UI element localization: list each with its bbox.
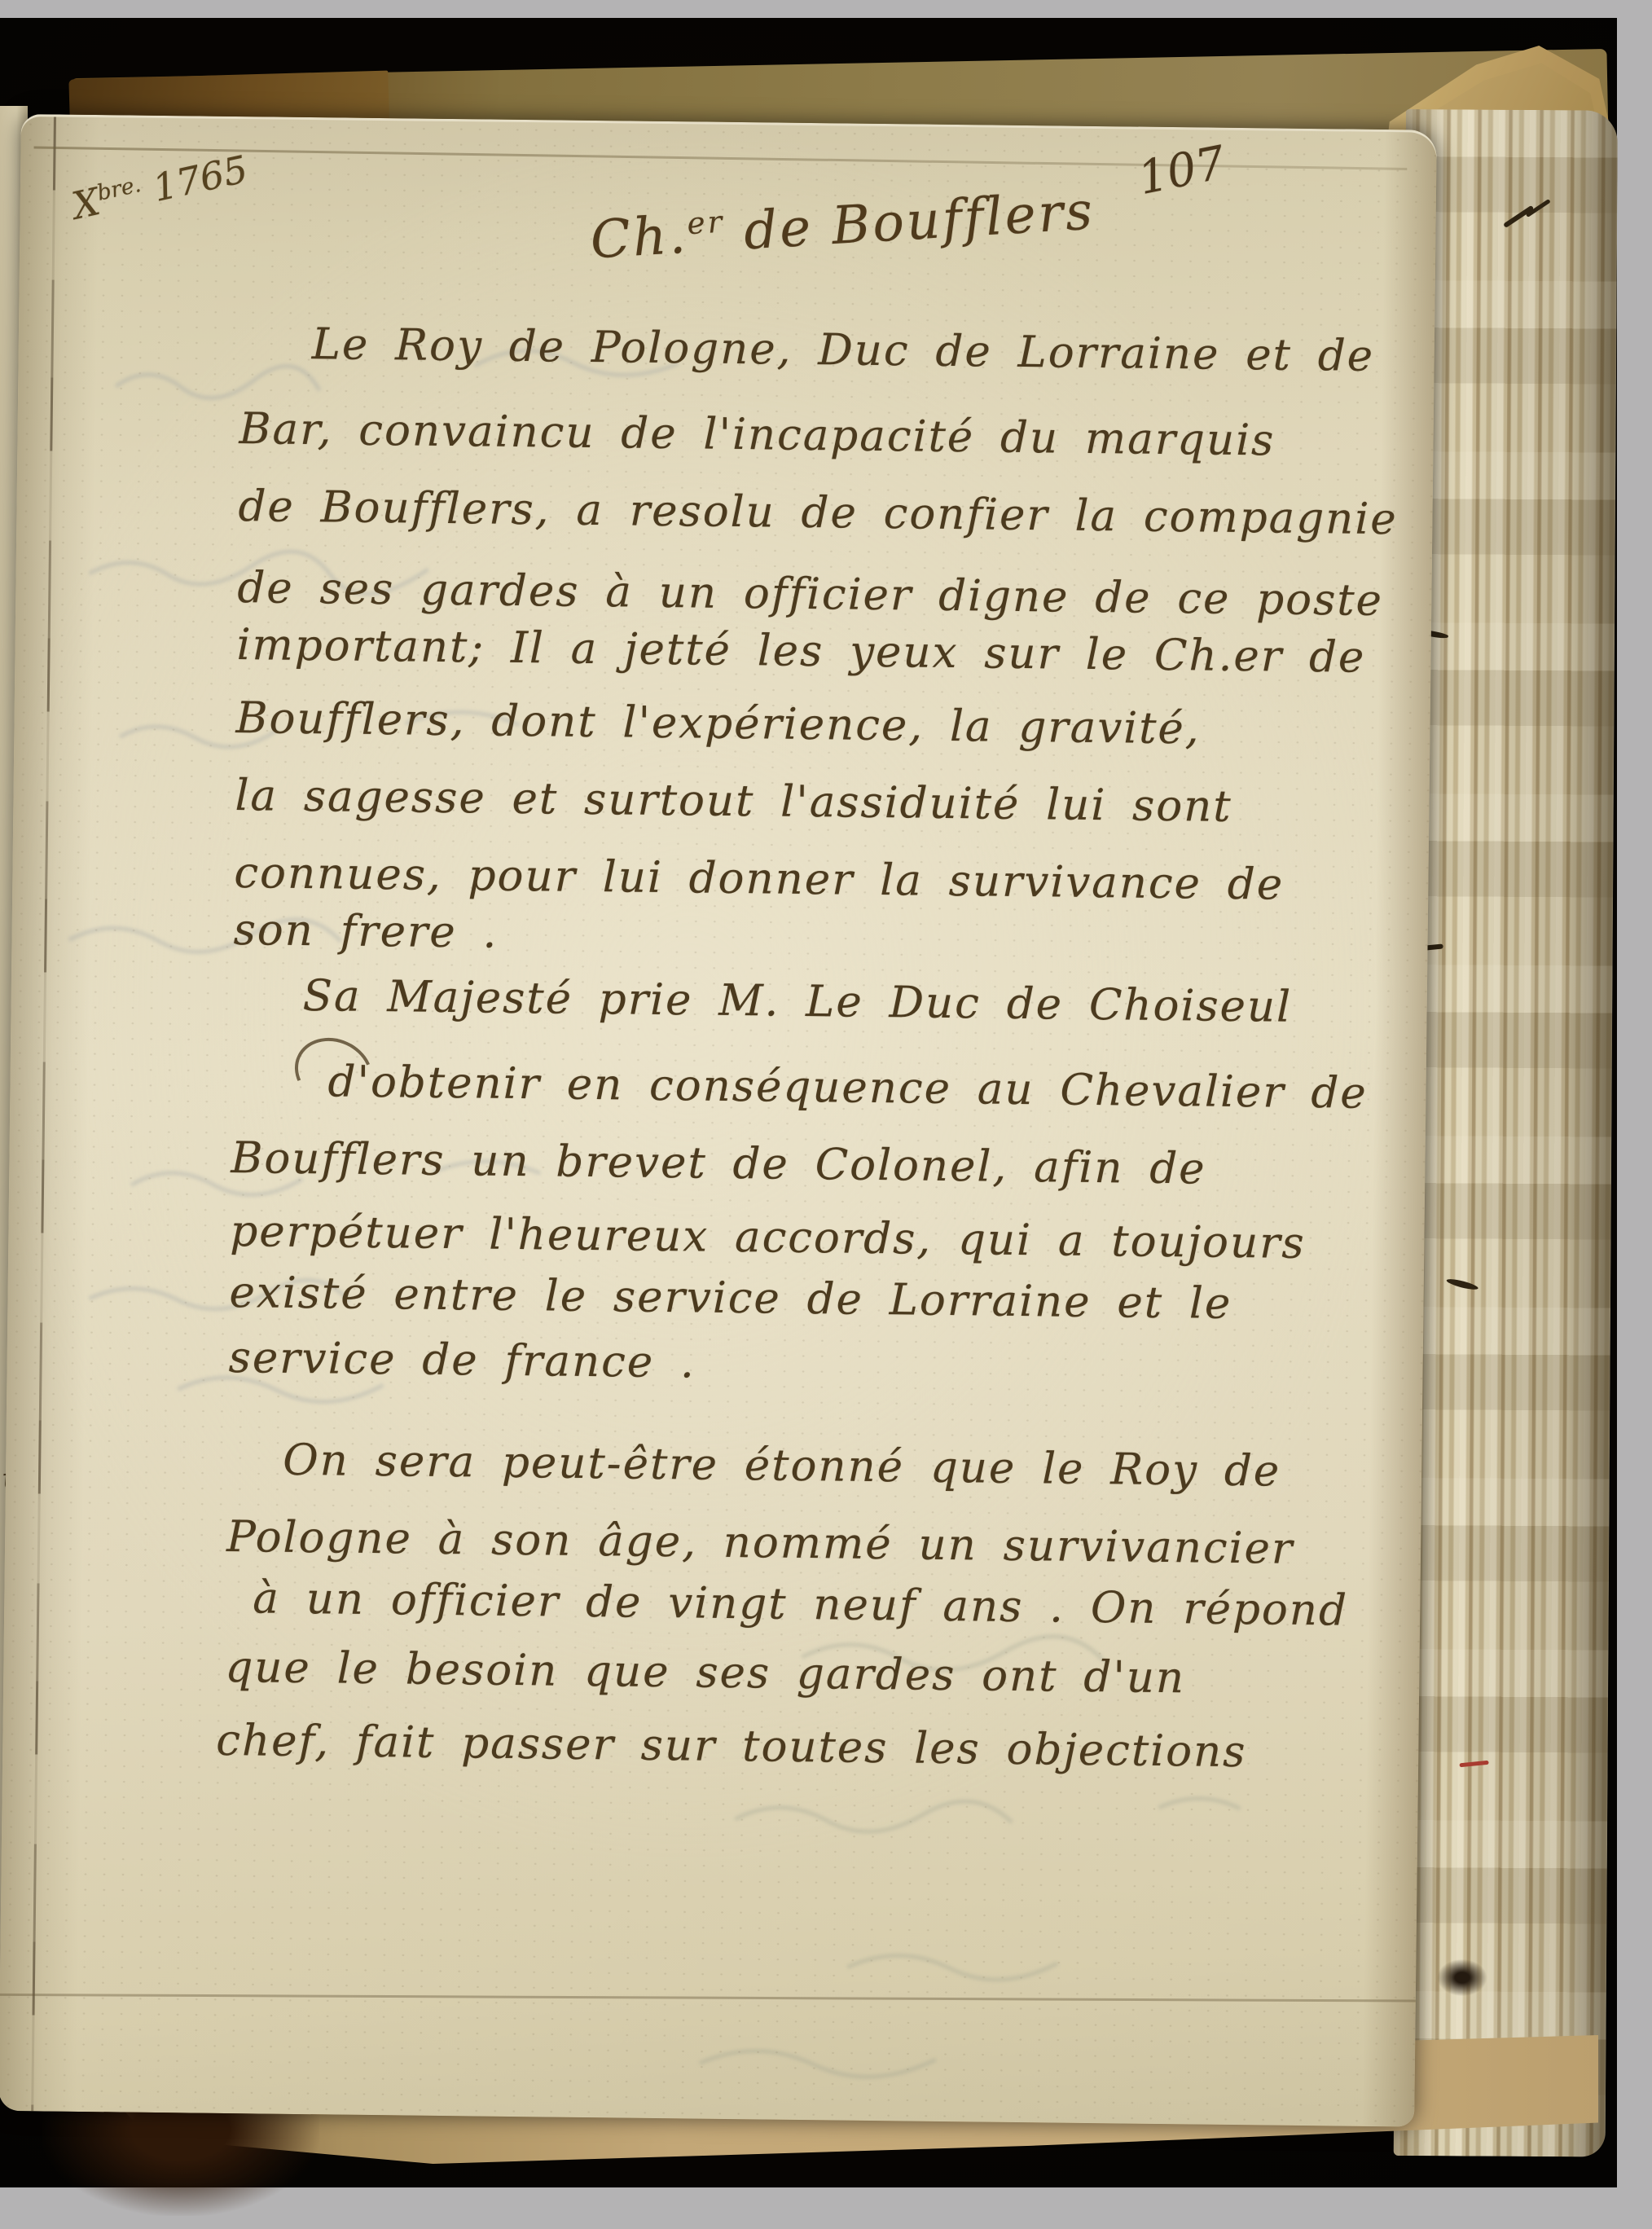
manuscript-line: Sa Majesté prie M. Le Duc de Choiseul xyxy=(302,971,1292,1032)
manuscript-page: Xbre. 1765 Ch.er de Boufflers 107 Le Roy… xyxy=(0,114,1437,2127)
date-year: 1765 xyxy=(138,147,252,213)
photo-black-backdrop: u xyxy=(0,18,1617,2187)
fore-edge-red-mark xyxy=(1459,1761,1488,1768)
manuscript-line: son frere . xyxy=(233,905,498,958)
scanned-manuscript-screenshot: u xyxy=(0,0,1652,2229)
manuscript-line: de Boufflers, a resolu de confier la com… xyxy=(238,481,1398,544)
manuscript-line: Le Roy de Pologne, Duc de Lorraine et de xyxy=(311,319,1374,381)
manuscript-line: connues, pour lui donner la survivance d… xyxy=(234,848,1284,910)
fore-edge-ink-mark xyxy=(1503,205,1534,228)
manuscript-line: important; Il a jetté les yeux sur le Ch… xyxy=(236,620,1365,683)
manuscript-line: chef, fait passer sur toutes les objecti… xyxy=(216,1716,1247,1777)
manuscript-line: Pologne à son âge, nommé un survivancier xyxy=(226,1512,1294,1574)
manuscript-line: perpétuer l'heureux accords, qui a toujo… xyxy=(230,1207,1306,1268)
manuscript-line: Bar, convaincu de l'incapacité du marqui… xyxy=(239,404,1275,465)
manuscript-line: service de france . xyxy=(228,1333,696,1387)
header-prefix: Ch. xyxy=(589,205,690,271)
folio-number: 107 xyxy=(1134,136,1230,205)
manuscript-line: d'obtenir en conséquence au Chevalier de xyxy=(327,1057,1368,1118)
manuscript-line: Boufflers, dont l'expérience, la gravité… xyxy=(235,693,1201,754)
manuscript-line: existé entre le service de Lorraine et l… xyxy=(229,1268,1232,1329)
manuscript-line: On sera peut-être étonné que le Roy de xyxy=(283,1435,1281,1497)
manuscript-line: à un officier de vingt neuf ans . On rép… xyxy=(253,1573,1348,1635)
manuscript-line: la sagesse et surtout l'assiduité lui so… xyxy=(235,771,1232,832)
manuscript-line: de ses gardes à un officier digne de ce … xyxy=(237,563,1383,626)
manuscript-line: que le besoin que ses gardes ont d'un xyxy=(225,1642,1185,1703)
date-superscript: bre. xyxy=(94,172,143,206)
header-title: Ch.er de Boufflers xyxy=(589,181,1096,270)
fore-edge-ink-mark xyxy=(1446,1277,1479,1292)
header-rest: de Boufflers xyxy=(723,181,1096,262)
bottom-fold-line xyxy=(0,1994,1416,2003)
fore-edge-smudge xyxy=(1437,1959,1487,1996)
header-superscript: er xyxy=(686,204,725,242)
manuscript-line: Boufflers un brevet de Colonel, afin de xyxy=(231,1133,1206,1194)
